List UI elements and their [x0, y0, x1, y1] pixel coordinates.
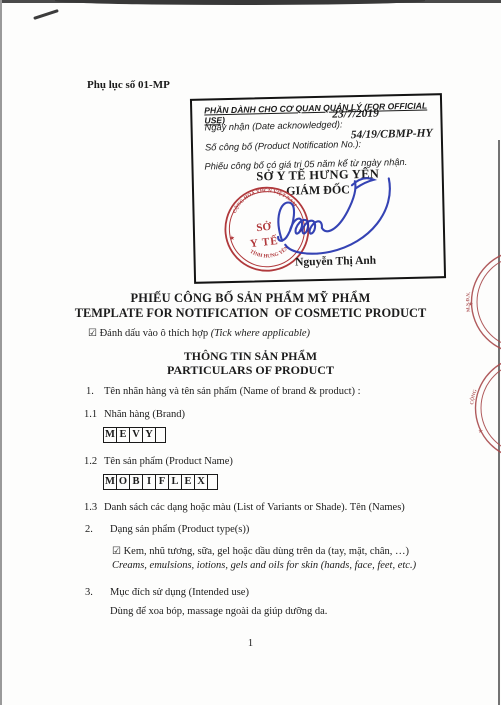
- item1-1-text: Nhãn hàng (Brand): [104, 409, 185, 420]
- item1-2-text: Tên sản phẩm (Product Name): [104, 456, 233, 467]
- item1-1-number: 1.1: [84, 409, 97, 420]
- letter-cell: E: [182, 475, 195, 489]
- letter-cell: M: [104, 475, 117, 489]
- letter-cell: B: [130, 475, 143, 489]
- item2-option-en: Creams, emulsions, iotions, gels and oil…: [112, 560, 416, 571]
- scan-edge-top-shadow: [55, 0, 425, 5]
- letter-cell: X: [195, 475, 208, 489]
- signer-name: Nguyễn Thị Anh: [256, 254, 416, 270]
- appendix-label: Phụ lục số 01-MP: [87, 79, 170, 91]
- notification-number-label: Số công bố (Product Notification No.):: [205, 139, 361, 153]
- page-number: 1: [0, 638, 501, 649]
- item1-number: 1.: [86, 386, 94, 397]
- product-name-letter-boxes: MOBIFLEX: [103, 474, 218, 490]
- checked-checkbox-icon: ☑: [112, 546, 121, 557]
- tick-note-en: (Tick where applicable): [211, 328, 310, 339]
- date-acknowledged-label: Ngày nhận (Date acknowledged):: [204, 119, 342, 132]
- checked-checkbox-icon: ☑: [88, 328, 97, 339]
- item2-number: 2.: [85, 524, 93, 535]
- letter-cell: E: [117, 428, 130, 442]
- letter-cell: Y: [143, 428, 156, 442]
- item2-option-vi: Kem, nhũ tương, sữa, gel hoặc dầu dùng t…: [124, 546, 409, 557]
- pen-mark: [33, 9, 59, 20]
- letter-cell: V: [130, 428, 143, 442]
- tick-note: ☑ Đánh dấu vào ô thích hợp (Tick where a…: [88, 328, 310, 339]
- tick-note-vi: Đánh dấu vào ô thích hợp: [100, 328, 209, 339]
- letter-cell: O: [117, 475, 130, 489]
- official-use-box: PHẦN DÀNH CHO CƠ QUAN QUẢN LÝ (FOR OFFIC…: [190, 93, 446, 284]
- section-header-en: PARTICULARS OF PRODUCT: [0, 363, 501, 378]
- edge-partial-seals: M.S.Đ.N. CỘNG ★ ★: [444, 240, 501, 480]
- edge-seal2-star-icon: ★: [478, 428, 483, 435]
- letter-cell: L: [169, 475, 182, 489]
- brand-letter-boxes: MEVY: [103, 427, 166, 443]
- document-title-en: TEMPLATE FOR NOTIFICATION OF COSMETIC PR…: [0, 306, 501, 321]
- item3-number: 3.: [85, 587, 93, 598]
- item3-detail: Dùng để xoa bóp, massage ngoài da giúp d…: [110, 606, 327, 617]
- item1-3-text: Danh sách các dạng hoặc màu (List of Var…: [104, 502, 405, 513]
- item1-2-number: 1.2: [84, 456, 97, 467]
- item3-text: Mục đích sử dụng (Intended use): [110, 587, 249, 598]
- edge-seal1-star-icon: ★: [468, 301, 473, 308]
- letter-cell: F: [156, 475, 169, 489]
- document-title-vi: PHIẾU CÔNG BỐ SẢN PHẨM MỸ PHẨM: [0, 291, 501, 306]
- letter-cell: I: [143, 475, 156, 489]
- section-header-vi: THÔNG TIN SẢN PHẨM: [0, 349, 501, 364]
- item1-text: Tên nhãn hàng và tên sản phẩm (Name of b…: [104, 386, 361, 397]
- letter-cell: M: [104, 428, 117, 442]
- notification-number-value: 54/19/CBMP-HY: [351, 127, 433, 141]
- seal-star-left-icon: ★: [229, 234, 236, 243]
- scanned-document-page: Phụ lục số 01-MP PHẦN DÀNH CHO CƠ QUAN Q…: [0, 0, 501, 705]
- item1-3-number: 1.3: [84, 502, 97, 513]
- item2-option: ☑ Kem, nhũ tương, sữa, gel hoặc dầu dùng…: [112, 546, 409, 557]
- item2-text: Dạng sản phẩm (Product type(s)): [110, 524, 249, 535]
